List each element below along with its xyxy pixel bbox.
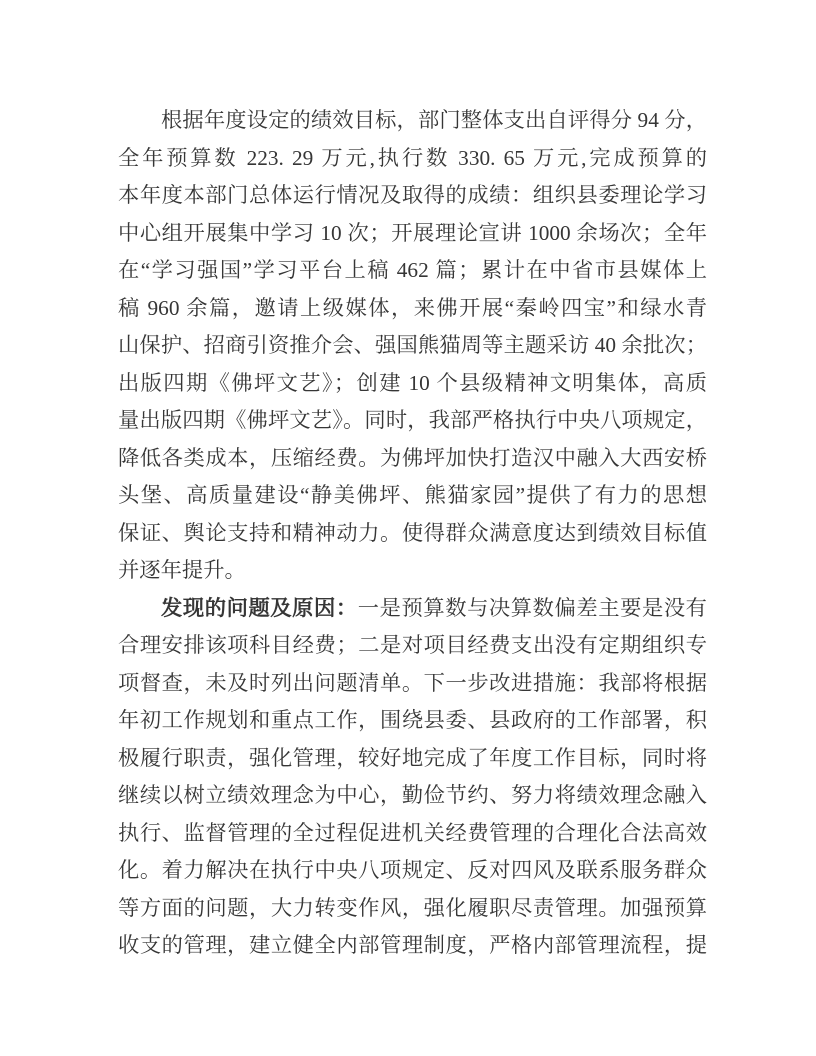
paragraph-line: 根据年度设定的绩效目标，部门整体支出自评得分 94 分， <box>118 102 707 140</box>
paragraph-line: 在“学习强国”学习平台上稿 462 篇；累计在中省市县媒体上 <box>118 252 707 290</box>
paragraph-line: 头堡、高质量建设“静美佛坪、熊猫家园”提供了有力的思想 <box>118 477 707 515</box>
paragraph-line: 保证、舆论支持和精神动力。使得群众满意度达到绩效目标值 <box>118 515 707 553</box>
paragraph-line: 项督查，未及时列出问题清单。下一步改进措施：我部将根据 <box>118 665 707 703</box>
paragraph-line: 极履行职责，强化管理，较好地完成了年度工作目标，同时将 <box>118 740 707 778</box>
paragraph-line: 中心组开展集中学习 10 次；开展理论宣讲 1000 余场次；全年 <box>118 215 707 253</box>
paragraph-line: 等方面的问题，大力转变作风，强化履职尽责管理。加强预算 <box>118 890 707 928</box>
paragraph-line: 出版四期《佛坪文艺》；创建 10 个县级精神文明集体，高质 <box>118 365 707 403</box>
paragraph-line: 执行、监督管理的全过程促进机关经费管理的合理化合法高效 <box>118 815 707 853</box>
paragraph-line: 全年预算数 223. 29 万元,执行数 330. 65 万元,完成预算的 10… <box>118 140 707 178</box>
bold-lead-text: 发现的问题及原因： <box>161 596 358 620</box>
paragraph-line: 继续以树立绩效理念为中心，勤俭节约、努力将绩效理念融入 <box>118 777 707 815</box>
paragraph-line: 降低各类成本，压缩经费。为佛坪加快打造汉中融入大西安桥 <box>118 440 707 478</box>
paragraph-line: 量出版四期《佛坪文艺》。同时，我部严格执行中央八项规定， <box>118 402 707 440</box>
paragraph-line: 并逐年提升。 <box>118 552 707 590</box>
document-text-block: 根据年度设定的绩效目标，部门整体支出自评得分 94 分， 全年预算数 223. … <box>118 102 707 965</box>
paragraph-line: 收支的管理，建立健全内部管理制度，严格内部管理流程，提 <box>118 927 707 965</box>
document-page: 根据年度设定的绩效目标，部门整体支出自评得分 94 分， 全年预算数 223. … <box>0 0 816 1056</box>
paragraph-line: 年初工作规划和重点工作，围绕县委、县政府的工作部署，积 <box>118 702 707 740</box>
paragraph-line: 合理安排该项科目经费；二是对项目经费支出没有定期组织专 <box>118 627 707 665</box>
paragraph-line: 本年度本部门总体运行情况及取得的成绩：组织县委理论学习 <box>118 177 707 215</box>
paragraph-line: 山保护、招商引资推介会、强国熊猫周等主题采访 40 余批次； <box>118 327 707 365</box>
paragraph-line: 发现的问题及原因：一是预算数与决算数偏差主要是没有 <box>118 590 707 628</box>
paragraph-line: 稿 960 余篇，邀请上级媒体，来佛开展“秦岭四宝”和绿水青 <box>118 290 707 328</box>
paragraph-line-text: 一是预算数与决算数偏差主要是没有 <box>358 596 707 620</box>
paragraph-line: 化。着力解决在执行中央八项规定、反对四风及联系服务群众 <box>118 852 707 890</box>
